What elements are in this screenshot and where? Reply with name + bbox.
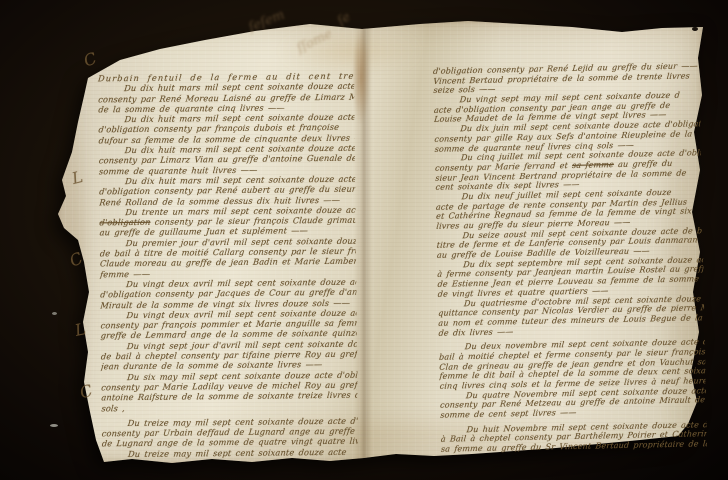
left-page-text: Durbain fentuil de la ferme au dit cent … xyxy=(98,71,358,460)
manuscript-line: sols , xyxy=(101,400,358,413)
paper-stain xyxy=(280,28,420,74)
right-page-text: d'obligation consenty par René Lejid au … xyxy=(433,61,707,454)
photograph-backdrop: Durbain fentuil de la ferme au dit cent … xyxy=(0,0,728,480)
paper-stain xyxy=(58,81,92,431)
fold-stain xyxy=(352,29,370,125)
